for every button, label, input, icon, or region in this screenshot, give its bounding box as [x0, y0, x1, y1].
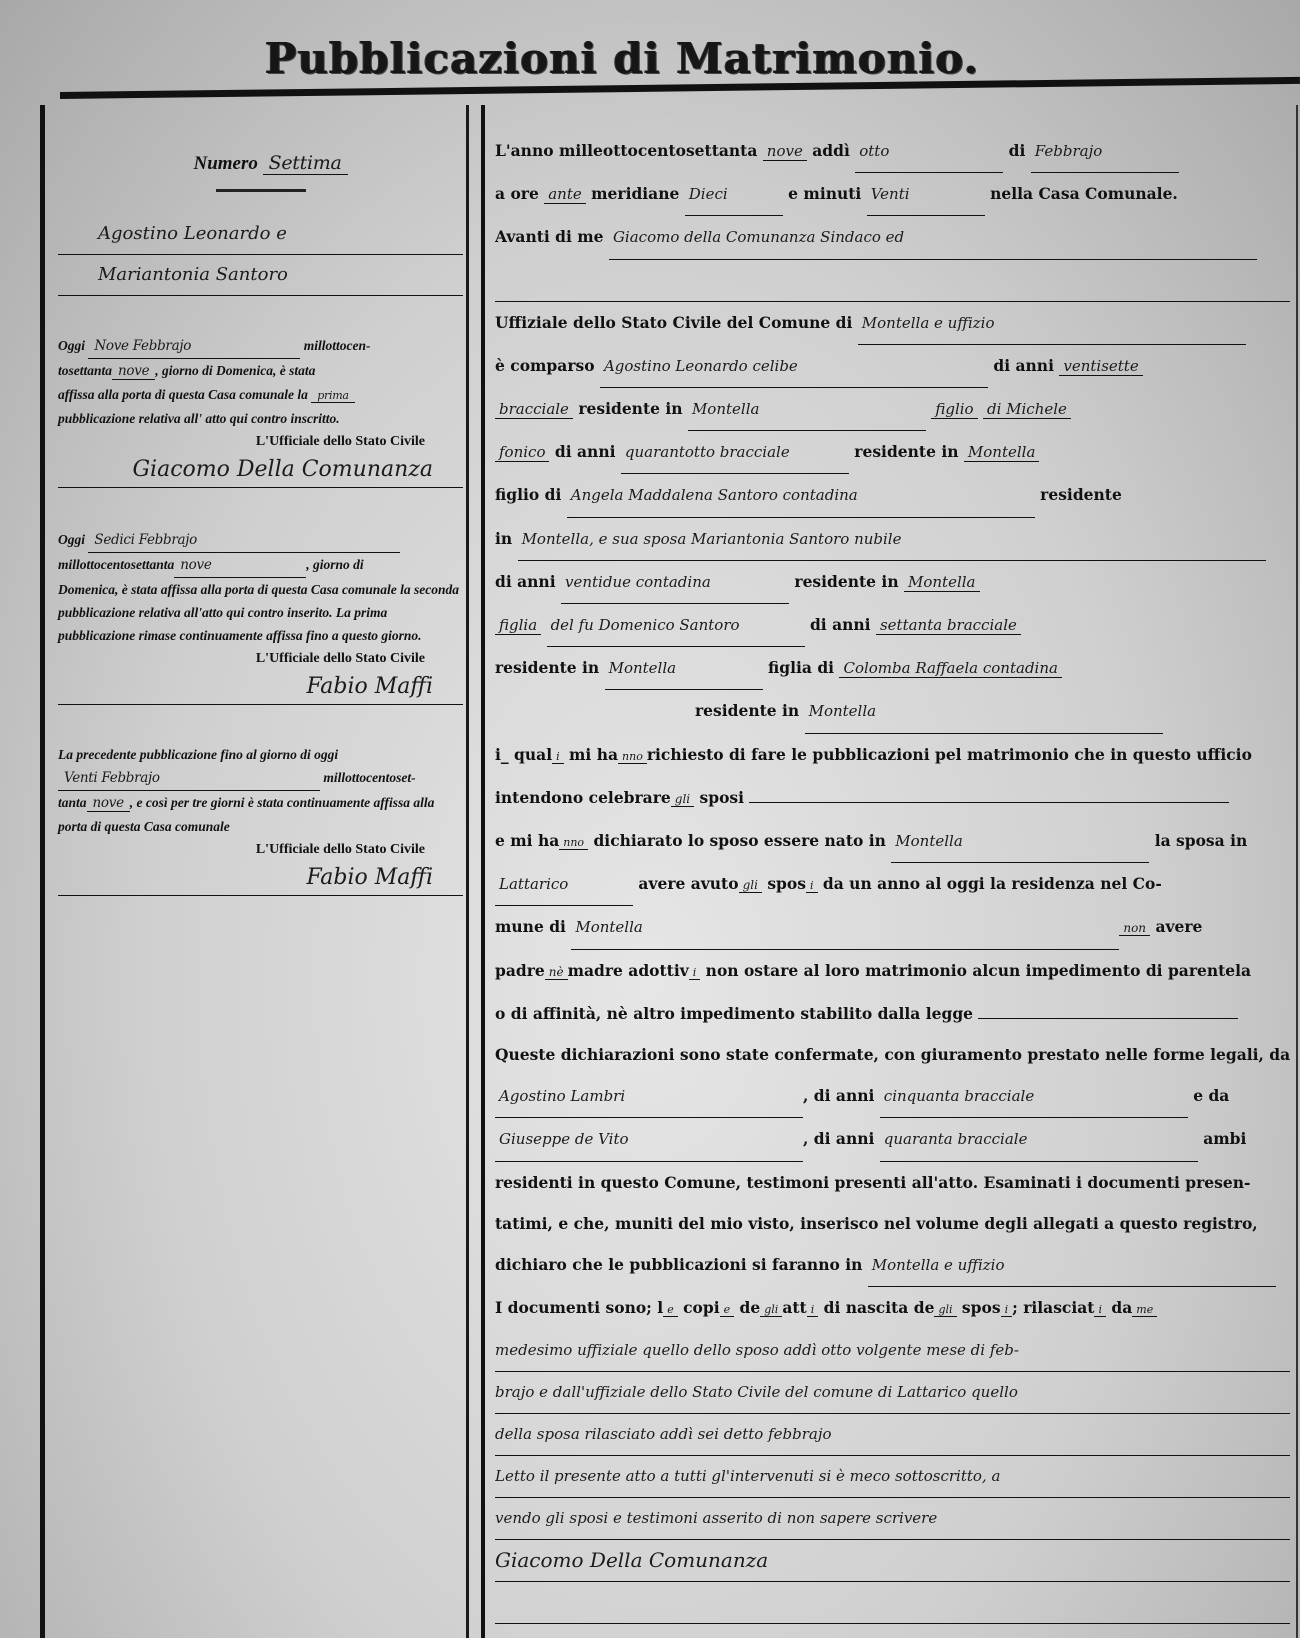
text: millottocen- [304, 338, 371, 353]
text: meridiane [591, 184, 679, 203]
witness-1-age: cinquanta bracciale [880, 1076, 1188, 1118]
month-value: Febbrajo [1031, 131, 1179, 173]
officer-signature: Fabio Maffi [58, 861, 463, 896]
act-line-9: in Montella, e sua sposa Mariantonia San… [495, 518, 1290, 561]
first-publication-date: Nove Febbrajo [88, 335, 300, 359]
text: Uffiziale dello Stato Civile del Comune … [495, 313, 852, 332]
text: L'anno milleottocentosettanta [495, 141, 757, 160]
text: Domenica, è stata affissa alla porta di … [58, 582, 459, 643]
witness-2-age: quaranta bracciale [880, 1119, 1198, 1161]
text: residenti in questo Comune, testimoni pr… [495, 1173, 1250, 1192]
bride-name: Montella, e sua sposa Mariantonia Santor… [518, 519, 1266, 561]
second-publication-date: Sedici Febbrajo [88, 529, 400, 553]
text: mune di [495, 917, 566, 936]
text: millottocentosettanta [58, 557, 174, 572]
bride-mother-residence: Montella [805, 691, 1163, 733]
handwritten-line-4: Letto il presente atto a tutti gl'interv… [495, 1456, 1290, 1498]
groom-occupation: bracciale [495, 400, 573, 419]
act-line-10: di anni ventidue contadina residente in … [495, 561, 1290, 604]
text: di anni [993, 356, 1054, 375]
publication-record-column: Numero Settima Agostino Leonardo e Maria… [58, 150, 463, 896]
text: I documenti sono; l [495, 1298, 663, 1317]
text: o di affinità, nè altro impedimento stab… [495, 1004, 973, 1023]
text: tanta [58, 795, 87, 810]
text: e [663, 1303, 678, 1317]
text: , giorno di Domenica, è stata [155, 363, 315, 378]
text: figlio [931, 400, 977, 419]
father-residence: Montella [964, 443, 1040, 462]
publication-place: Montella e uffizio [868, 1245, 1276, 1287]
hour-value: Dieci [685, 174, 783, 216]
text: de [740, 1298, 761, 1317]
text: gli [671, 792, 694, 807]
handwritten-line-1: medesimo uffiziale quello dello sposo ad… [495, 1330, 1290, 1372]
official-name: Giacomo della Comunanza Sindaco ed [609, 217, 1257, 259]
act-line-11: figlia del fu Domenico Santoro di anni s… [495, 604, 1290, 647]
witness-1-name: Agostino Lambri [495, 1076, 803, 1118]
document-title: Pubblicazioni di Matrimonio. [265, 34, 1085, 83]
numero-value: Settima [263, 152, 348, 175]
handwritten-line-2: brajo e dall'uffiziale dello Stato Civil… [495, 1372, 1290, 1414]
text: qual [514, 745, 552, 764]
text: , giorno di [306, 557, 363, 572]
text: sposi [700, 788, 745, 807]
text: nno [618, 750, 647, 764]
groom-birthplace: Montella [891, 821, 1149, 863]
text: padre [495, 961, 545, 980]
text: di nascita de [824, 1298, 935, 1317]
handwritten-line-3: della sposa rilasciato addì sei detto fe… [495, 1414, 1290, 1456]
text: Queste dichiarazioni sono state conferma… [495, 1045, 1290, 1064]
residence-comune: Montella [571, 907, 1119, 949]
father-age: quarantotto bracciale [621, 432, 849, 474]
couple-name-line-1: Agostino Leonardo e [58, 214, 463, 255]
text: gli [760, 1303, 782, 1317]
bride-mother: Colomba Raffaela contadina [839, 659, 1061, 678]
publication-ordinal: prima [311, 389, 354, 403]
text: dichiaro che le pubblicazioni si faranno… [495, 1255, 862, 1274]
act-line-14: i_ quali mi hannorichiesto di fare le pu… [495, 734, 1290, 777]
text: richiesto di fare le pubblicazioni pel m… [647, 745, 1252, 764]
act-line-5: è comparso Agostino Leonardo celibe di a… [495, 345, 1290, 388]
text: di [1009, 141, 1026, 160]
act-line-13: residente in Montella [495, 690, 1290, 733]
text: affissa alla porta di questa Casa comuna… [58, 387, 308, 402]
text: da un anno al oggi la residenza nel Co- [823, 874, 1162, 893]
text: è comparso [495, 356, 595, 375]
official-signature: Giacomo Della Comunanza [495, 1540, 1290, 1582]
witness-2-name: Giuseppe de Vito [495, 1119, 803, 1161]
text: tosettanta [58, 363, 112, 378]
text: me [1132, 1303, 1157, 1317]
bride-father-age: settanta bracciale [876, 616, 1021, 635]
text: figlia di [768, 658, 834, 677]
act-line-8: figlio di Angela Maddalena Santoro conta… [495, 474, 1290, 517]
text: residente in [794, 572, 898, 591]
text: i [495, 745, 501, 764]
text: residente in [854, 442, 958, 461]
text: di anni [810, 615, 871, 634]
year-value: nove [763, 142, 807, 161]
text: spos [767, 874, 806, 893]
act-line-3: Avanti di me Giacomo della Comunanza Sin… [495, 216, 1290, 259]
text: intendono celebrare [495, 788, 671, 807]
text: figlia [495, 616, 541, 635]
text: i [689, 966, 701, 980]
officer-label: L'Ufficiale dello Stato Civile [58, 838, 463, 861]
text: figlio di [495, 485, 561, 504]
document-page: Pubblicazioni di Matrimonio. Numero Sett… [0, 0, 1300, 1638]
text: di anni [495, 572, 556, 591]
text: i [1001, 1303, 1013, 1317]
left-margin-rule [40, 105, 45, 1638]
blank-rule [495, 1582, 1290, 1624]
oggi-label: Oggi [58, 532, 85, 547]
text: residente in [578, 399, 682, 418]
bride-father-residence: Montella [605, 648, 763, 690]
record-number: Numero Settima [78, 152, 463, 175]
couple-name-line-2: Mariantonia Santoro [58, 255, 463, 296]
text: i [1094, 1303, 1106, 1317]
text: mi ha [569, 745, 618, 764]
text: ambi [1203, 1129, 1246, 1148]
text: non [1119, 921, 1150, 936]
text: e da [1193, 1086, 1229, 1105]
text: avere [1155, 917, 1202, 936]
text: i [807, 1303, 819, 1317]
text: gli [934, 1303, 956, 1317]
text: att [782, 1298, 806, 1317]
text: ; rilasciat [1012, 1298, 1094, 1317]
text: residente [1040, 485, 1122, 504]
text: nè [545, 965, 568, 980]
continuation-block: La precedente pubblicazione fino al gior… [58, 743, 463, 896]
continuation-date: Venti Febbrajo [58, 767, 320, 791]
text: a ore [495, 184, 539, 203]
second-publication-year: nove [174, 554, 306, 578]
text: nella Casa Comunale. [990, 184, 1178, 203]
act-line-18: mune di Montellanon avere [495, 906, 1290, 949]
bride-birthplace: Lattarico [495, 864, 633, 906]
first-publication-year: nove [112, 363, 155, 380]
text: La precedente pubblicazione fino al gior… [58, 747, 338, 762]
act-line-23: Giuseppe de Vito, di anni quaranta bracc… [495, 1118, 1290, 1161]
text: spos [962, 1298, 1001, 1317]
column-divider-thick [481, 105, 485, 1638]
text: e mi ha [495, 831, 559, 850]
text: addì [812, 141, 850, 160]
groom-father: di Michele [983, 400, 1071, 419]
bride-residence: Montella [904, 573, 980, 592]
handwritten-line-5: vendo gli sposi e testimoni asserito di … [495, 1498, 1290, 1540]
act-line-24: residenti in questo Comune, testimoni pr… [495, 1162, 1290, 1203]
bride-age: ventidue contadina [561, 562, 789, 604]
marriage-act-column: L'anno milleottocentosettanta nove addì … [495, 130, 1290, 1624]
first-publication-block: Oggi Nove Febbrajo millottocen- tosettan… [58, 334, 463, 488]
groom-mother: Angela Maddalena Santoro contadina [567, 475, 1035, 517]
text: dichiarato lo sposo essere nato in [593, 831, 885, 850]
meridian-value: ante [544, 185, 586, 204]
text: nno [559, 836, 588, 850]
continuation-year: nove [87, 795, 130, 812]
text: madre adottiv [568, 961, 689, 980]
text: , di anni [803, 1129, 874, 1148]
comune-value: Montella e uffizio [858, 303, 1246, 345]
right-margin-rule [1296, 105, 1298, 1638]
act-line-12: residente in Montella figlia di Colomba … [495, 647, 1290, 690]
text: e minuti [788, 184, 861, 203]
blank-rule [749, 802, 1229, 803]
text: residente in [695, 701, 799, 720]
text: e [720, 1303, 735, 1317]
act-line-6: bracciale residente in Montella figlio d… [495, 388, 1290, 431]
day-value: otto [855, 131, 1003, 173]
act-line-17: Lattarico avere avutogli sposi da un ann… [495, 863, 1290, 906]
blank-rule [495, 260, 1290, 302]
act-line-7: fonico di anni quarantotto bracciale res… [495, 431, 1290, 474]
groom-age: ventisette [1059, 357, 1142, 376]
officer-label: L'Ufficiale dello Stato Civile [58, 647, 463, 670]
act-line-20: o di affinità, nè altro impedimento stab… [495, 993, 1290, 1034]
act-line-21: Queste dichiarazioni sono state conferma… [495, 1034, 1290, 1075]
act-line-2: a ore ante meridiane Dieci e minuti Vent… [495, 173, 1290, 216]
text: la sposa in [1155, 831, 1248, 850]
minutes-value: Venti [867, 174, 985, 216]
act-line-1: L'anno milleottocentosettanta nove addì … [495, 130, 1290, 173]
text: gli [739, 878, 762, 893]
text: tatimi, e che, muniti del mio visto, ins… [495, 1214, 1258, 1233]
act-line-27: I documenti sono; le copie degliatti di … [495, 1287, 1290, 1330]
column-divider-thin [466, 105, 469, 1638]
text: pubblicazione relativa all' atto qui con… [58, 411, 340, 426]
numero-flourish [216, 189, 306, 192]
oggi-label: Oggi [58, 338, 85, 353]
groom-name: Agostino Leonardo celibe [600, 346, 988, 388]
text: non ostare al loro matrimonio alcun impe… [706, 961, 1251, 980]
groom-residence: Montella [688, 389, 926, 431]
text: , di anni [803, 1086, 874, 1105]
text: avere avuto [638, 874, 738, 893]
father-occupation: fonico [495, 443, 549, 462]
officer-label: L'Ufficiale dello Stato Civile [58, 430, 463, 453]
act-line-25: tatimi, e che, muniti del mio visto, ins… [495, 1203, 1290, 1244]
act-line-26: dichiaro che le pubblicazioni si faranno… [495, 1244, 1290, 1287]
act-line-22: Agostino Lambri, di anni cinquanta bracc… [495, 1075, 1290, 1118]
text: residente in [495, 658, 599, 677]
text: millottocentoset- [323, 770, 415, 785]
act-line-15: intendono celebraregli sposi [495, 777, 1290, 820]
text: Avanti di me [495, 227, 604, 246]
second-publication-block: Oggi Sedici Febbrajo millottocentosettan… [58, 528, 463, 705]
numero-label: Numero [193, 153, 257, 174]
text: di anni [555, 442, 616, 461]
act-line-19: padrenèmadre adottivi non ostare al loro… [495, 950, 1290, 993]
blank-rule [978, 1018, 1238, 1019]
bride-father: del fu Domenico Santoro [547, 605, 805, 647]
text: i [806, 879, 818, 893]
officer-signature: Giacomo Della Comunanza [58, 453, 463, 488]
act-line-16: e mi hanno dichiarato lo sposo essere na… [495, 820, 1290, 863]
act-line-4: Uffiziale dello Stato Civile del Comune … [495, 302, 1290, 345]
officer-signature: Fabio Maffi [58, 670, 463, 705]
text: copi [683, 1298, 720, 1317]
text: da [1111, 1298, 1132, 1317]
text: in [495, 529, 512, 548]
